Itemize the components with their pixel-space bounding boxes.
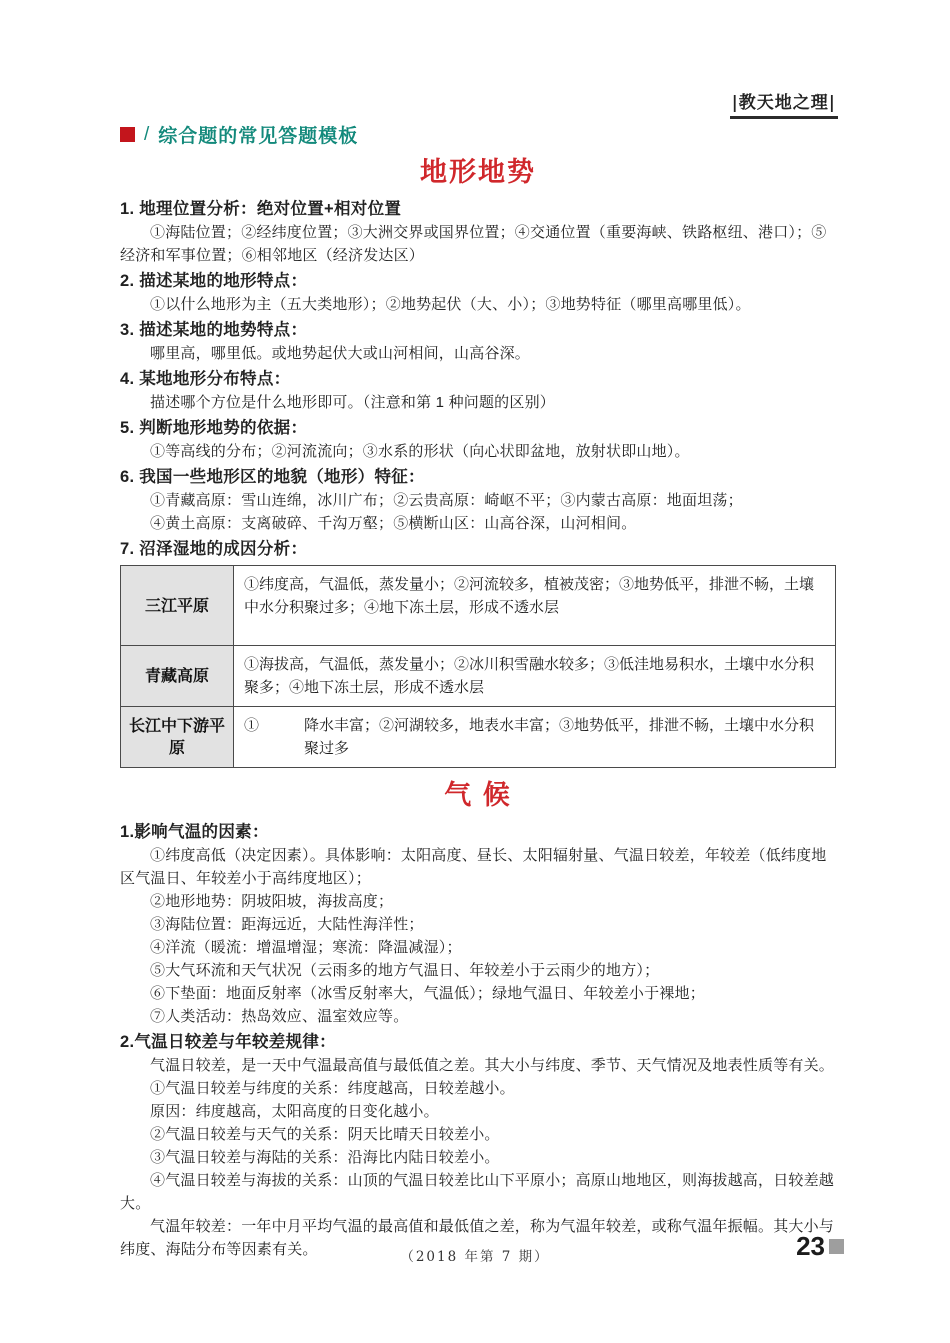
item-line: ①以什么地形为主（五大类地形）；②地势起伏（大、小）；③地势特征（哪里高哪里低）… <box>120 293 836 316</box>
item-line: ②地形地势：阴坡阳坡，海拔高度； <box>120 890 836 913</box>
item-heading: 1. 地理位置分析：绝对位置+相对位置 <box>120 197 836 221</box>
causes-table: 三江平原 ①纬度高，气温低，蒸发量小；②河流较多，植被茂密；③地势低平，排泄不畅… <box>120 565 836 768</box>
region-cell: 三江平原 <box>121 566 234 646</box>
section-label-row: / 综合题的常见答题模板 <box>120 124 836 145</box>
magazine-page: |教天地之理| / 综合题的常见答题模板 地形地势 1. 地理位置分析：绝对位置… <box>0 0 950 1343</box>
climate-item-1: 1.影响气温的因素： ①纬度高低（决定因素）。具体影响：太阳高度、昼长、太阳辐射… <box>120 820 836 1028</box>
page-number-block: 23 <box>796 1233 844 1259</box>
terrain-item-2: 2. 描述某地的地形特点： ①以什么地形为主（五大类地形）；②地势起伏（大、小）… <box>120 269 836 316</box>
item-heading: 2.气温日较差与年较差规律： <box>120 1030 836 1054</box>
item-line: ④洋流（暖流：增温增湿；寒流：降温减湿）； <box>120 936 836 959</box>
climate-item-2: 2.气温日较差与年较差规律： 气温日较差，是一天中气温最高值与最低值之差。其大小… <box>120 1030 836 1261</box>
table-row: 长江中下游平原 ① 降水丰富；②河湖较多，地表水丰富；③地势低平，排泄不畅，土壤… <box>121 707 836 768</box>
item-heading: 5. 判断地形地势的依据： <box>120 416 836 440</box>
item-line: ⑦人类活动：热岛效应、温室效应等。 <box>120 1005 836 1028</box>
page-number-square-icon <box>829 1239 844 1254</box>
item-heading: 4. 某地地形分布特点： <box>120 367 836 391</box>
causes-cell: ①海拔高，气温低，蒸发量小；②冰川积雪融水较多；③低洼地易积水，土壤中水分积聚多… <box>234 646 836 707</box>
terrain-item-7: 7. 沼泽湿地的成因分析： <box>120 537 836 561</box>
page-number: 23 <box>796 1233 825 1259</box>
table-row: 三江平原 ①纬度高，气温低，蒸发量小；②河流较多，植被茂密；③地势低平，排泄不畅… <box>121 566 836 646</box>
item-heading: 6. 我国一些地形区的地貌（地形）特征： <box>120 465 836 489</box>
page-content: / 综合题的常见答题模板 地形地势 1. 地理位置分析：绝对位置+相对位置 ①海… <box>120 124 836 1261</box>
climate-items: 1.影响气温的因素： ①纬度高低（决定因素）。具体影响：太阳高度、昼长、太阳辐射… <box>120 820 836 1261</box>
causes-text: ① 降水丰富；②河湖较多，地表水丰富；③地势低平，排泄不畅，土壤中水分积聚过多 <box>244 714 825 760</box>
terrain-items: 1. 地理位置分析：绝对位置+相对位置 ①海陆位置；②经纬度位置；③大洲交界或国… <box>120 197 836 561</box>
item-line: ⑤大气环流和天气状况（云雨多的地方气温日、年较差小于云雨少的地方）； <box>120 959 836 982</box>
item-heading: 7. 沼泽湿地的成因分析： <box>120 537 836 561</box>
item-line: ①等高线的分布；②河流流向；③水系的形状（向心状即盆地，放射状即山地）。 <box>120 440 836 463</box>
region-cell: 青藏高原 <box>121 646 234 707</box>
terrain-item-4: 4. 某地地形分布特点： 描述哪个方位是什么地形即可。（注意和第 1 种问题的区… <box>120 367 836 414</box>
causes-cell: ①纬度高，气温低，蒸发量小；②河流较多，植被茂密；③地势低平，排泄不畅，土壤中水… <box>234 566 836 646</box>
item-line: ④气温日较差与海拔的关系：山顶的气温日较差比山下平原小；高原山地地区，则海拔越高… <box>120 1169 836 1215</box>
red-square-icon <box>120 127 135 142</box>
item-line: ①青藏高原：雪山连绵，冰川广布；②云贵高原：崎岖不平；③内蒙古高原：地面坦荡； <box>120 489 836 512</box>
terrain-item-5: 5. 判断地形地势的依据： ①等高线的分布；②河流流向；③水系的形状（向心状即盆… <box>120 416 836 463</box>
causes-text: ①纬度高，气温低，蒸发量小；②河流较多，植被茂密；③地势低平，排泄不畅，土壤中水… <box>244 573 825 619</box>
item-heading: 3. 描述某地的地势特点： <box>120 318 836 342</box>
journal-brand: |教天地之理| <box>730 88 838 119</box>
item-line: 描述哪个方位是什么地形即可。（注意和第 1 种问题的区别） <box>120 391 836 414</box>
item-line: ⑥下垫面：地面反射率（冰雪反射率大，气温低）；绿地气温日、年较差小于裸地； <box>120 982 836 1005</box>
item-line: ①海陆位置；②经纬度位置；③大洲交界或国界位置；④交通位置（重要海峡、铁路枢纽、… <box>120 221 836 267</box>
table-row: 青藏高原 ①海拔高，气温低，蒸发量小；②冰川积雪融水较多；③低洼地易积水，土壤中… <box>121 646 836 707</box>
terrain-item-3: 3. 描述某地的地势特点： 哪里高，哪里低。或地势起伏大或山河相间，山高谷深。 <box>120 318 836 365</box>
item-line: 气温日较差，是一天中气温最高值与最低值之差。其大小与纬度、季节、天气情况及地表性… <box>120 1054 836 1077</box>
item-line: ①纬度高低（决定因素）。具体影响：太阳高度、昼长、太阳辐射量、气温日较差，年较差… <box>120 844 836 890</box>
item-line: 原因：纬度越高，太阳高度的日变化越小。 <box>120 1100 836 1123</box>
item-line: ②气温日较差与天气的关系：阴天比晴天日较差小。 <box>120 1123 836 1146</box>
terrain-item-1: 1. 地理位置分析：绝对位置+相对位置 ①海陆位置；②经纬度位置；③大洲交界或国… <box>120 197 836 267</box>
item-heading: 2. 描述某地的地形特点： <box>120 269 836 293</box>
item-line: ③气温日较差与海陆的关系：沿海比内陆日较差小。 <box>120 1146 836 1169</box>
terrain-item-6: 6. 我国一些地形区的地貌（地形）特征： ①青藏高原：雪山连绵，冰川广布；②云贵… <box>120 465 836 535</box>
item-line: 哪里高，哪里低。或地势起伏大或山河相间，山高谷深。 <box>120 342 836 365</box>
causes-text: ①海拔高，气温低，蒸发量小；②冰川积雪融水较多；③低洼地易积水，土壤中水分积聚多… <box>244 653 825 699</box>
slash-separator: / <box>144 124 149 146</box>
item-line: ①气温日较差与纬度的关系：纬度越高，日较差越小。 <box>120 1077 836 1100</box>
item-line: ③海陆位置：距海远近，大陆性海洋性； <box>120 913 836 936</box>
section-label: 综合题的常见答题模板 <box>158 121 358 148</box>
causes-cell: ① 降水丰富；②河湖较多，地表水丰富；③地势低平，排泄不畅，土壤中水分积聚过多 <box>234 707 836 768</box>
terrain-title: 地形地势 <box>120 155 836 189</box>
item-line: ④黄土高原：支离破碎、千沟万壑；⑤横断山区：山高谷深，山河相间。 <box>120 512 836 535</box>
region-cell: 长江中下游平原 <box>121 707 234 768</box>
item-heading: 1.影响气温的因素： <box>120 820 836 844</box>
climate-title: 气 候 <box>120 778 836 812</box>
